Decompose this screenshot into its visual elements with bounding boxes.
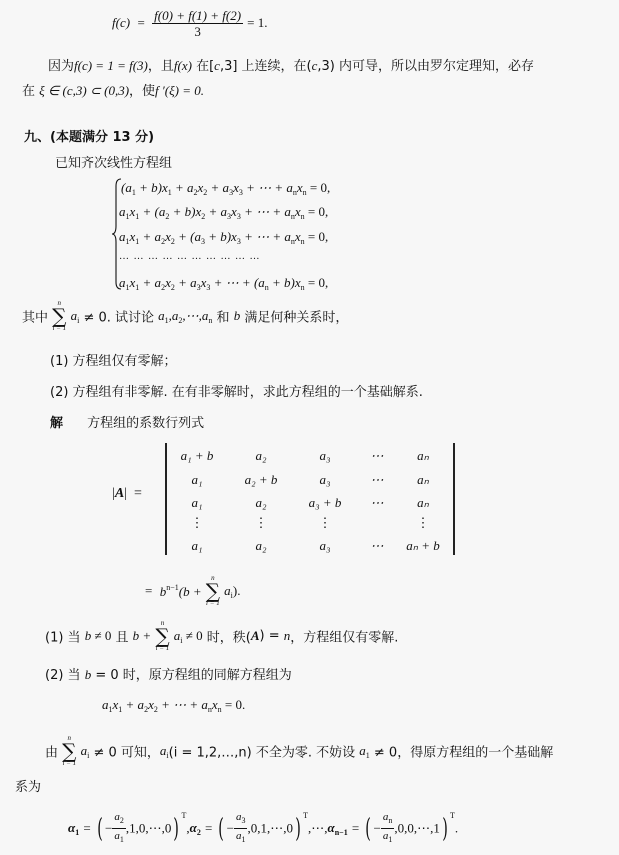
det-cell: aₙ + b: [388, 538, 458, 554]
sum-symbol: n∑i = 1: [206, 575, 220, 607]
det-cell: ⋮: [290, 515, 360, 531]
case-1: (1) 当 b ≠ 0 且 b + n∑i = 1 ai ≠ 0 时，秩(A) …: [45, 620, 398, 652]
equivalent-equation: a1x1 + a2x2 + ⋯ + anxn = 0.: [102, 697, 245, 714]
det-cell: a₁: [162, 472, 232, 488]
det-cell: ⋮: [388, 515, 458, 531]
top-formula-fraction: f(0) + f(1) + f(2) 3: [152, 8, 243, 39]
system-row-n: a1x1 + a2x2 + a3x3 + ⋯ + (an + b)xn = 0,: [119, 275, 328, 292]
sum-symbol: n∑i = 1: [155, 620, 169, 652]
det-cell: a₂ + b: [226, 472, 296, 488]
basis-vectors: α1 = (−a2a1,1,0,⋯,0)T,α2 = (−a3a1,0,1,⋯,…: [68, 810, 458, 847]
det-cell: a₂: [226, 538, 296, 554]
top-formula-lhs: f(c): [112, 15, 130, 30]
problem-intro: 已知齐次线性方程组: [55, 152, 172, 171]
system-row-3: a1x1 + a2x2 + (a3 + b)x3 + ⋯ + anxn = 0,: [119, 229, 328, 246]
case-2: (2) 当 b = 0 时，原方程组的同解方程组为: [45, 664, 292, 683]
rolle-line-2: 在 ξ ∈ (c,3) ⊂ (0,3)，使f ′(ξ) = 0.: [22, 80, 204, 99]
det-cell: a₂: [226, 495, 296, 511]
solution-label: 解: [50, 416, 63, 431]
det-cell: a₂: [226, 448, 296, 464]
det-cell: aₙ: [388, 495, 458, 511]
problem-part-2: (2) 方程组有非零解. 在有非零解时，求此方程组的一个基础解系.: [50, 381, 423, 400]
system-row-1: (a1 + b)x1 + a2x2 + a3x3 + ⋯ + anxn = 0,: [121, 180, 330, 197]
determinant-lhs: |A| =: [112, 485, 142, 502]
det-cell: a₁ + b: [162, 448, 232, 464]
sum-symbol: n∑i = 1: [62, 735, 76, 767]
top-formula-denominator: 3: [152, 24, 243, 39]
determinant-result: = bn−1(b + n∑i = 1 ai).: [145, 575, 241, 607]
problem-part-1: (1) 方程组仅有零解；: [50, 350, 177, 369]
top-formula-result: = 1.: [247, 15, 267, 30]
condition-line: 其中 n ∑ i = 1 ai ≠ 0. 试讨论 a1,a2,⋯,an 和 b …: [22, 300, 348, 332]
det-cell: aₙ: [388, 448, 458, 464]
problem-heading: 九、(本题满分 13 分): [24, 126, 154, 145]
det-cell: a₁: [162, 495, 232, 511]
det-cell: a₁: [162, 538, 232, 554]
system-row-2: a1x1 + (a2 + b)x2 + a3x3 + ⋯ + anxn = 0,: [119, 204, 328, 221]
basis-paragraph-line-2: 系为: [15, 776, 41, 795]
rolle-line-1: 因为f(c) = 1 = f(3)，且f(x) 在[c,3] 上连续，在(c,3…: [48, 55, 534, 74]
top-formula: f(c) = f(0) + f(1) + f(2) 3 = 1.: [112, 8, 268, 39]
solution-intro: 解 方程组的系数行列式: [50, 412, 204, 431]
det-cell: ⋮: [162, 515, 232, 531]
top-formula-numerator: f(0) + f(1) + f(2): [152, 8, 243, 24]
basis-paragraph-line-1: 由 n∑i = 1 ai ≠ 0 可知，ai(i = 1,2,…,n) 不全为零…: [45, 735, 553, 767]
system-row-dots: … … … … … … … … … …: [119, 251, 261, 262]
det-cell: aₙ: [388, 472, 458, 488]
sum-symbol: n ∑ i = 1: [52, 300, 66, 332]
det-cell: ⋮: [226, 515, 296, 531]
